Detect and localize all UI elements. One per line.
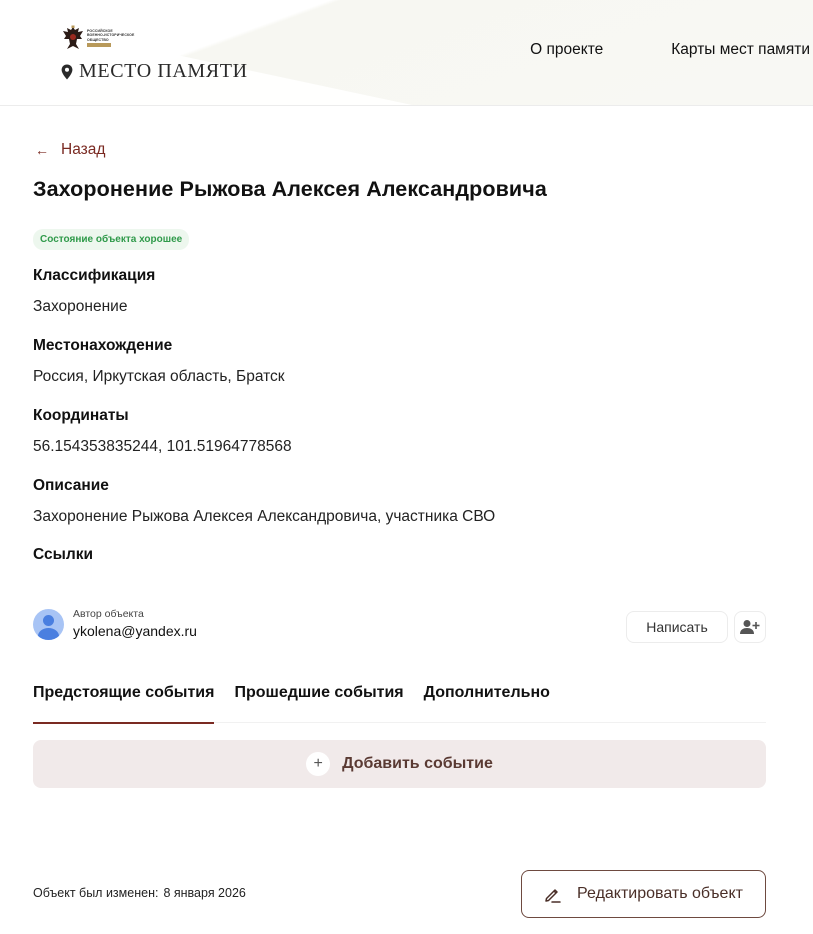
rvio-logo[interactable]: РОССИЙСКОЕ ВОЕННО-ИСТОРИЧЕСКОЕ ОБЩЕСТВО (62, 25, 134, 51)
description-value: Захоронение Рыжова Алексея Александрович… (33, 508, 495, 526)
avatar-head (43, 615, 54, 626)
write-message-button[interactable]: Написать (626, 611, 728, 643)
modified-label: Объект был изменен: (33, 886, 158, 900)
avatar[interactable] (33, 609, 64, 640)
double-headed-eagle-icon (62, 25, 84, 51)
arrow-left-icon: ← (35, 142, 49, 158)
coordinates-label: Координаты (33, 407, 129, 425)
classification-label: Классификация (33, 267, 155, 285)
author-email[interactable]: ykolena@yandex.ru (73, 623, 197, 639)
edit-object-label: Редактировать объект (577, 885, 743, 903)
edit-object-button[interactable]: Редактировать объект (521, 870, 766, 918)
modified-info: Объект был изменен:8 января 2026 (33, 886, 246, 900)
brand-logo[interactable]: МЕСТО ПАМЯТИ (61, 60, 248, 83)
tab-additional[interactable]: Дополнительно (424, 683, 550, 723)
location-value: Россия, Иркутская область, Братск (33, 368, 285, 386)
events-tabs: Предстоящие события Прошедшие события До… (33, 683, 766, 723)
classification-value: Захоронение (33, 298, 127, 316)
rvio-badge (87, 43, 111, 47)
description-label: Описание (33, 477, 109, 495)
location-label: Местонахождение (33, 337, 172, 355)
plus-icon: + (306, 752, 330, 776)
person-add-icon (740, 619, 760, 635)
status-badge: Состояние объекта хорошее (33, 229, 189, 250)
modified-date: 8 января 2026 (163, 886, 245, 900)
org-line-2: ВОЕННО-ИСТОРИЧЕСКОЕ (87, 33, 134, 37)
author-label: Автор объекта (73, 608, 197, 620)
pencil-icon (544, 886, 561, 903)
page-title: Захоронение Рыжова Алексея Александрович… (33, 177, 547, 202)
coordinates-value: 56.154353835244, 101.51964778568 (33, 438, 292, 456)
org-line-3: ОБЩЕСТВО (87, 38, 134, 42)
avatar-body (38, 628, 59, 640)
links-label: Ссылки (33, 546, 93, 564)
nav-memory-maps[interactable]: Карты мест памяти (671, 41, 810, 59)
brand-title: МЕСТО ПАМЯТИ (79, 60, 248, 83)
nav-about-project[interactable]: О проекте (530, 41, 603, 59)
back-link[interactable]: ← Назад (35, 141, 105, 159)
add-contact-button[interactable] (734, 611, 766, 643)
add-event-label: Добавить событие (342, 755, 493, 773)
map-pin-icon (61, 64, 73, 80)
rvio-org-name: РОССИЙСКОЕ ВОЕННО-ИСТОРИЧЕСКОЕ ОБЩЕСТВО (87, 29, 134, 47)
tab-upcoming-events[interactable]: Предстоящие события (33, 683, 214, 723)
back-label: Назад (61, 141, 105, 159)
site-header: РОССИЙСКОЕ ВОЕННО-ИСТОРИЧЕСКОЕ ОБЩЕСТВО … (0, 0, 813, 106)
author-block: Автор объекта ykolena@yandex.ru (33, 609, 197, 640)
add-event-button[interactable]: + Добавить событие (33, 740, 766, 788)
tab-past-events[interactable]: Прошедшие события (234, 683, 403, 723)
main-nav: О проекте Карты мест памяти (530, 41, 810, 59)
author-info: Автор объекта ykolena@yandex.ru (73, 610, 197, 639)
